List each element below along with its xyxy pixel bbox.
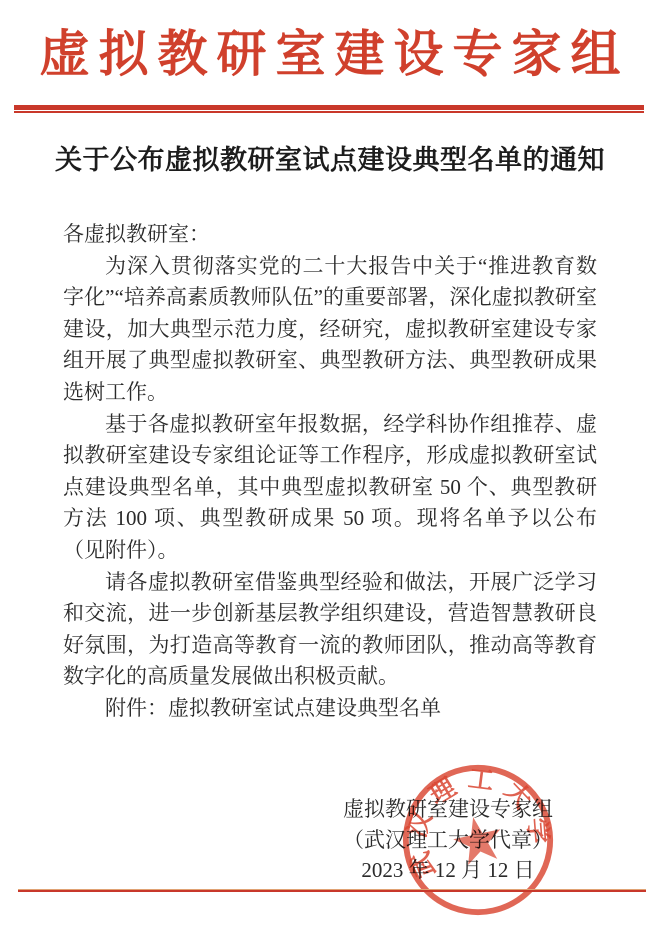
attachment-line: 附件：虚拟教研室试点建设典型名单 bbox=[63, 693, 597, 725]
footer-rule bbox=[18, 889, 646, 892]
paragraph-3: 请各虚拟教研室借鉴典型经验和做法，开展广泛学习和交流，进一步创新基层教学组织建设… bbox=[63, 567, 597, 693]
salutation: 各虚拟教研室： bbox=[63, 219, 597, 251]
letterhead-divider bbox=[14, 105, 644, 113]
signature-note: （武汉理工大学代章） bbox=[330, 825, 566, 856]
signature-block: 虚拟教研室建设专家组 （武汉理工大学代章） 2023 年 12 月 12 日 bbox=[330, 794, 566, 886]
paragraph-2: 基于各虚拟教研室年报数据，经学科协作组推荐、虚拟教研室建设专家组论证等工作程序，… bbox=[63, 409, 597, 567]
document-body: 各虚拟教研室： 为深入贯彻落实党的二十大报告中关于“推进教育数字化”“培养高素质… bbox=[63, 219, 597, 725]
document-page: 虚拟教研室建设专家组 关于公布虚拟教研室试点建设典型名单的通知 各虚拟教研室： … bbox=[0, 0, 660, 931]
divider-thin-line bbox=[14, 111, 644, 113]
document-title: 关于公布虚拟教研室试点建设典型名单的通知 bbox=[0, 144, 660, 176]
signature-org: 虚拟教研室建设专家组 bbox=[330, 794, 566, 825]
paragraph-1: 为深入贯彻落实党的二十大报告中关于“推进教育数字化”“培养高素质教师队伍”的重要… bbox=[63, 251, 597, 409]
letterhead-title: 虚拟教研室建设专家组 bbox=[0, 22, 660, 86]
signature-date: 2023 年 12 月 12 日 bbox=[330, 855, 566, 886]
